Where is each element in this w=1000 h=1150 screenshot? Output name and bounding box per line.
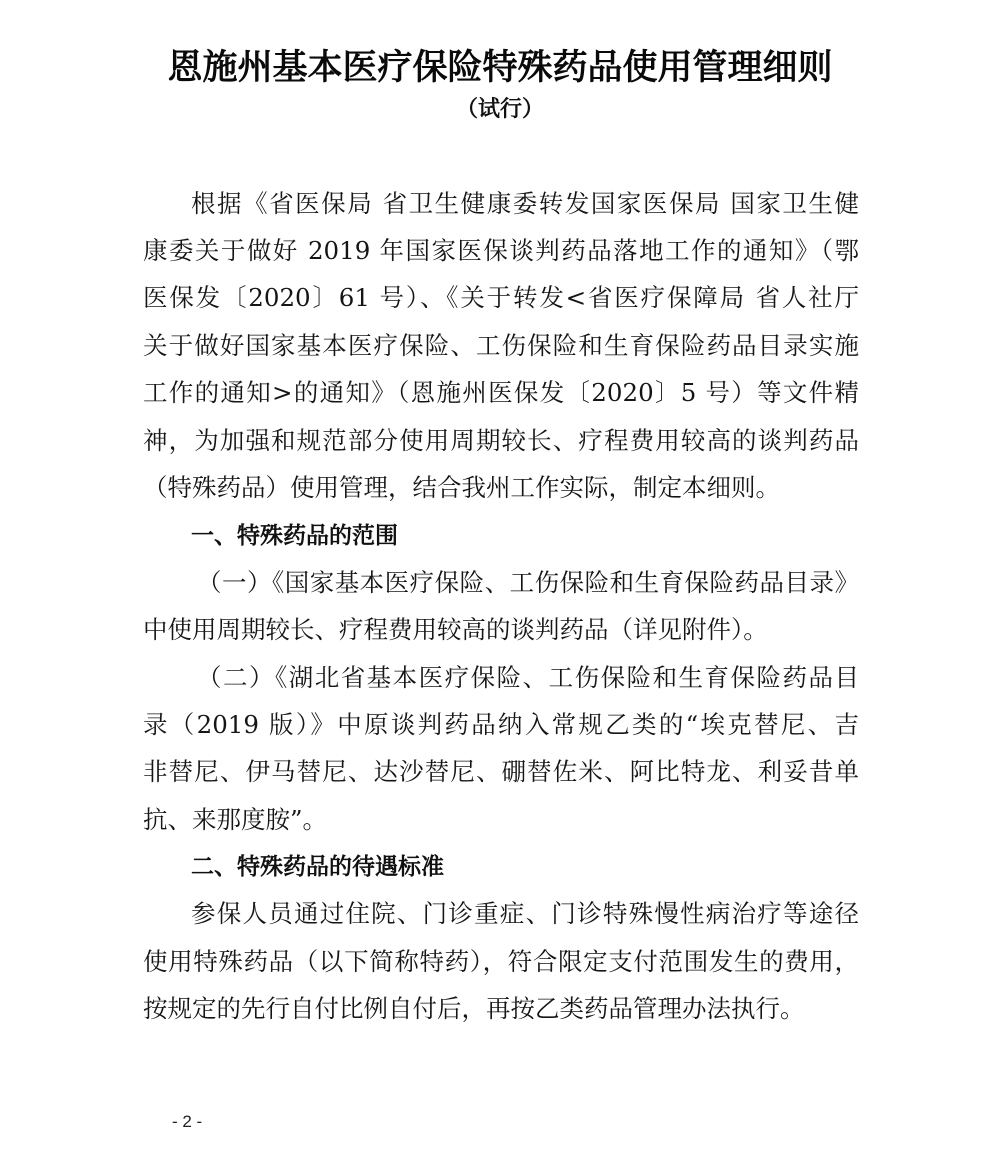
page-number: - 2 - — [172, 1112, 202, 1132]
text-line: 录（2019 版）》中原谈判药品纳入常规乙类的“埃克替尼、吉 — [143, 710, 859, 740]
text-line: （特殊药品）使用管理，结合我州工作实际，制定本细则。 — [143, 473, 859, 503]
text-line: 非替尼、伊马替尼、达沙替尼、硼替佐米、阿比特龙、利妥昔单 — [143, 757, 859, 787]
text-line: 按规定的先行自付比例自付后，再按乙类药品管理办法执行。 — [143, 994, 859, 1024]
text-line: 抗、来那度胺”。 — [143, 805, 859, 835]
text-line: 根据《省医保局 省卫生健康委转发国家医保局 国家卫生健 — [191, 189, 859, 219]
text-line: 关于做好国家基本医疗保险、工伤保险和生育保险药品目录实施 — [143, 331, 859, 361]
document-title: 恩施州基本医疗保险特殊药品使用管理细则 — [0, 40, 1000, 90]
text-line: 康委关于做好 2019 年国家医保谈判药品落地工作的通知》（鄂 — [143, 236, 859, 266]
text-line: 医保发〔2020〕61 号）、《关于转发<省医疗保障局 省人社厅 — [143, 283, 859, 313]
text-line: 中使用周期较长、疗程费用较高的谈判药品（详见附件）。 — [143, 615, 859, 645]
text-line: （一）《国家基本医疗保险、工伤保险和生育保险药品目录》 — [197, 568, 859, 598]
text-line: 神，为加强和规范部分使用周期较长、疗程费用较高的谈判药品 — [143, 426, 859, 456]
text-line: （二）《湖北省基本医疗保险、工伤保险和生育保险药品目 — [197, 663, 859, 693]
text-line: 工作的通知>的通知》（恩施州医保发〔2020〕5 号）等文件精 — [143, 378, 859, 408]
text-line: 使用特殊药品（以下简称特药），符合限定支付范围发生的费用， — [143, 947, 859, 977]
section-heading: 二、特殊药品的待遇标准 — [191, 852, 444, 882]
text-line: 参保人员通过住院、门诊重症、门诊特殊慢性病治疗等途径 — [191, 899, 859, 929]
document-subtitle: （试行） — [0, 92, 1000, 123]
section-heading: 一、特殊药品的范围 — [191, 521, 398, 551]
